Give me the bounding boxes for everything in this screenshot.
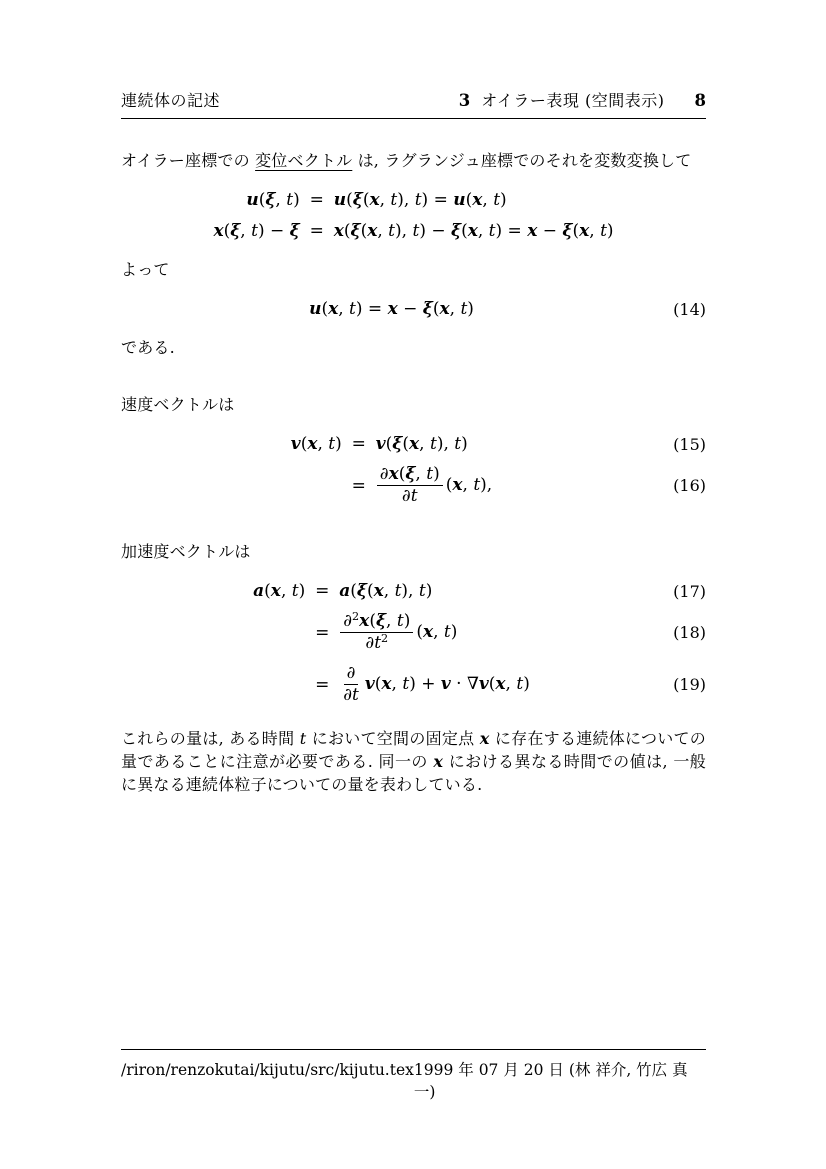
footer-date-authors: 1999 年 07 月 20 日 (林 祥介, 竹広 真一) [414,1058,706,1102]
eq-lhs: u(ξ, t) [246,190,299,210]
equation-14: u(x, t) = x − ξ(x, t) (14) [121,299,706,319]
eq-body: u(x, t) = x − ξ(x, t) [309,299,474,319]
eq-lhs: x(ξ, t) − ξ [213,221,299,241]
equation-number: (14) [673,300,706,319]
eq-rhs: u(ξ(x, t), t) = u(x, t) [334,190,507,210]
equation-number: (18) [673,623,706,642]
header-section-title: オイラー表現 (空間表示) [481,88,664,111]
eq-rhs: ∂2x(ξ, t)∂t2(x, t) [339,612,457,653]
equation-block-acceleration: a(x, t) = a(ξ(x, t), t) (17) = ∂2x(ξ, t)… [121,581,706,705]
equation-number: (19) [673,675,706,694]
eq-rhs: a(ξ(x, t), t) [339,581,432,601]
closing-paragraph: これらの量は, ある時間 t において空間の固定点 x に存在する連続体について… [121,727,706,796]
eq-relation: = [315,623,329,643]
header-page-number: 8 [695,91,706,110]
footer-source-path: /riron/renzokutai/kijutu/src/kijutu.tex [121,1061,414,1079]
eq-relation: = [310,221,324,241]
eq-relation: = [310,190,324,210]
eq-rhs: v(ξ(x, t), t) [376,434,468,454]
intro-paragraph: オイラー座標での 変位ベクトル は, ラグランジュ座標でのそれを変数変換して [121,149,706,172]
acceleration-lead-text: 加速度ベクトルは [121,540,706,563]
eq-lhs: v(x, t) [291,434,342,454]
eq-relation: = [315,675,329,695]
velocity-lead-text: 速度ベクトルは [121,393,706,416]
equation-number: (16) [673,476,706,495]
eq-rhs: ∂∂tv(x, t) + v · ∇v(x, t) [339,664,530,705]
page-content: 連続体の記述 3 オイラー表現 (空間表示) 8 オイラー座標での 変位ベクトル… [121,88,706,796]
document-page: 連続体の記述 3 オイラー表現 (空間表示) 8 オイラー座標での 変位ベクトル… [0,0,826,1169]
eq-lhs: a(x, t) [253,581,305,601]
header-section-number: 3 [459,91,470,110]
eq-relation: = [352,476,366,496]
eq-rhs: ∂x(ξ, t)∂t(x, t), [376,465,492,506]
eq-relation: = [352,434,366,454]
eq-rhs: x(ξ(x, t), t) − ξ(x, t) = x − ξ(x, t) [334,221,614,241]
connector-text-yotte: よって [121,258,706,281]
equation-block-displacement: u(ξ, t) = u(ξ(x, t), t) = u(x, t) x(ξ, t… [121,190,706,241]
header-left-title: 連続体の記述 [121,88,220,111]
running-header: 連続体の記述 3 オイラー表現 (空間表示) 8 [121,88,706,119]
page-footer: /riron/renzokutai/kijutu/src/kijutu.tex … [121,1049,706,1102]
equation-number: (15) [673,435,706,454]
equation-number: (17) [673,582,706,601]
equation-block-velocity: v(x, t) = v(ξ(x, t), t) (15) = ∂x(ξ, t)∂… [121,434,706,506]
connector-text-dearu: である. [121,336,706,359]
eq-relation: = [315,581,329,601]
